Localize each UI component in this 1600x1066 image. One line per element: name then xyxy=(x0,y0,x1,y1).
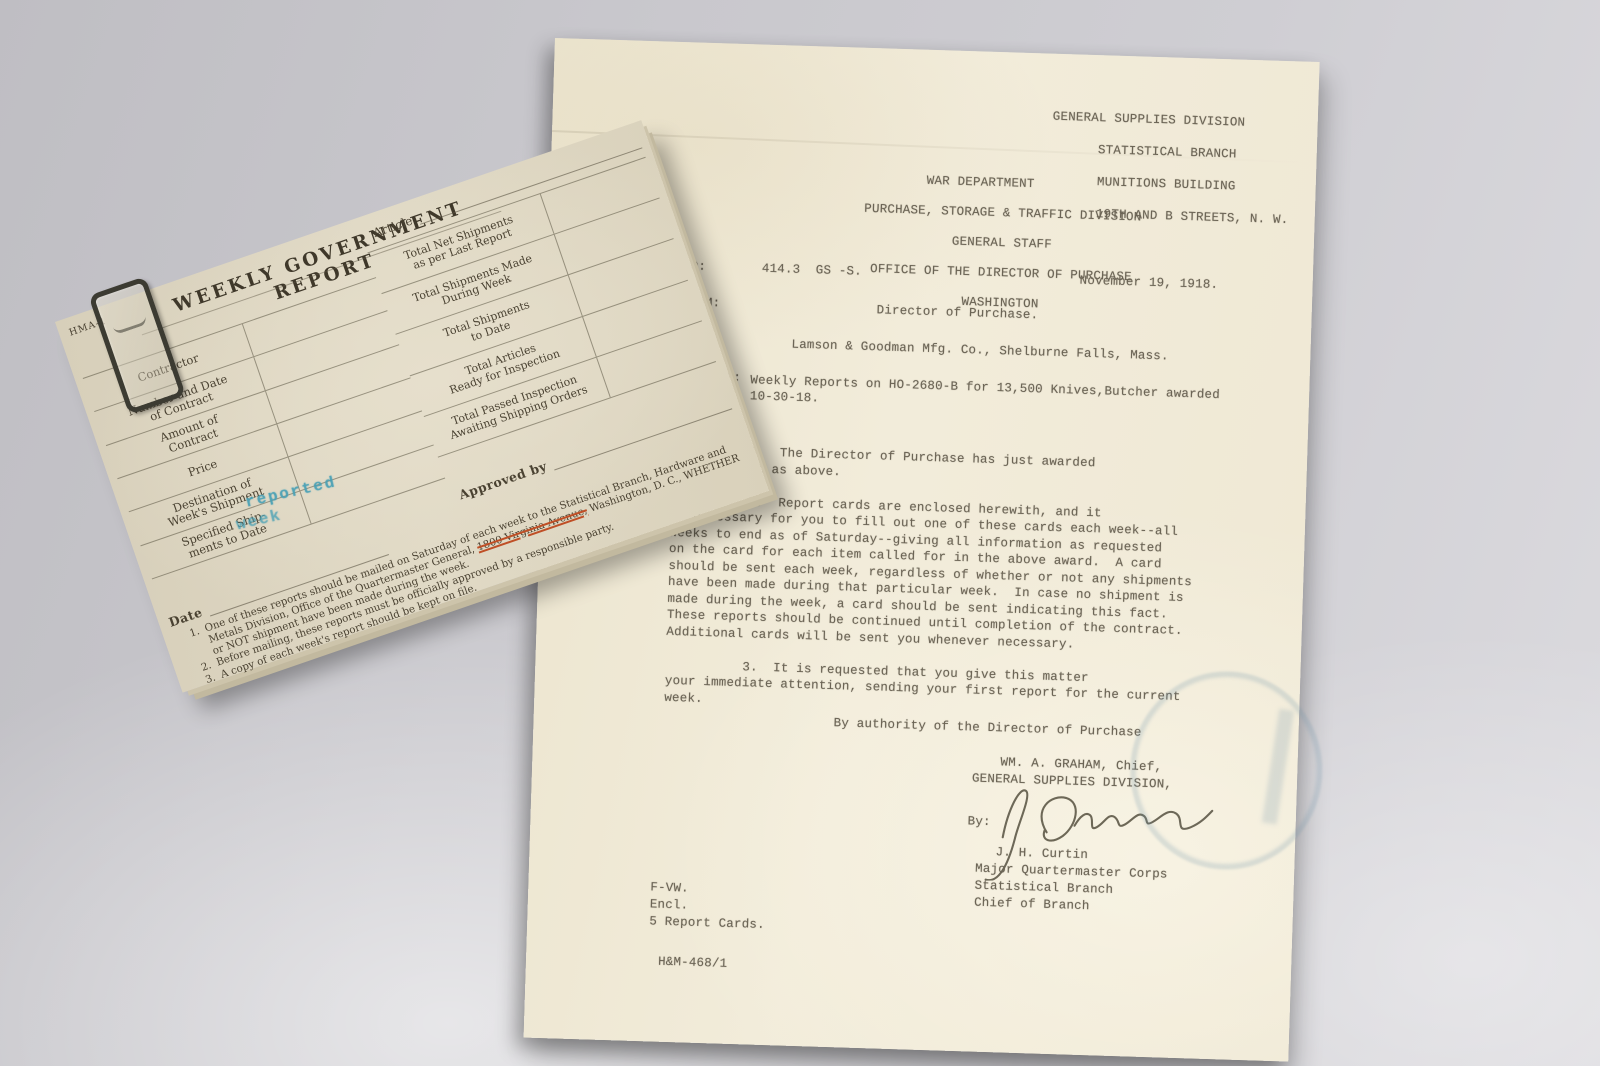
signer-title-3: Chief of Branch xyxy=(974,895,1090,915)
letterhead-line: GENERAL SUPPLIES DIVISION xyxy=(1053,110,1246,130)
heading-line: GENERAL STAFF xyxy=(952,235,1053,252)
heading-line: PURCHASE, STORAGE & TRAFFIC DIVISION xyxy=(864,202,1142,225)
subject-value: Weekly Reports on HO-2680-B for 13,500 K… xyxy=(750,372,1251,420)
enclosure-detail: 5 Report Cards. xyxy=(649,913,765,933)
typist-initials: F-VW. xyxy=(650,879,689,896)
signer-typed-name: J. H. Curtin xyxy=(995,844,1088,863)
letterhead-line: STATISTICAL BRANCH xyxy=(1098,143,1237,161)
to-value: Lamson & Goodman Mfg. Co., Shelburne Fal… xyxy=(791,337,1169,365)
enclosure-note: Encl. xyxy=(650,896,689,913)
photo-of-documents: GENERAL SUPPLIES DIVISION STATISTICAL BR… xyxy=(0,0,1600,1066)
approved-by-label: Approved by xyxy=(457,458,549,502)
number-value: 414.3 GS -S. xyxy=(762,261,863,280)
file-number: H&M-468/1 xyxy=(658,954,728,972)
heading-line: WAR DEPARTMENT xyxy=(927,174,1035,191)
